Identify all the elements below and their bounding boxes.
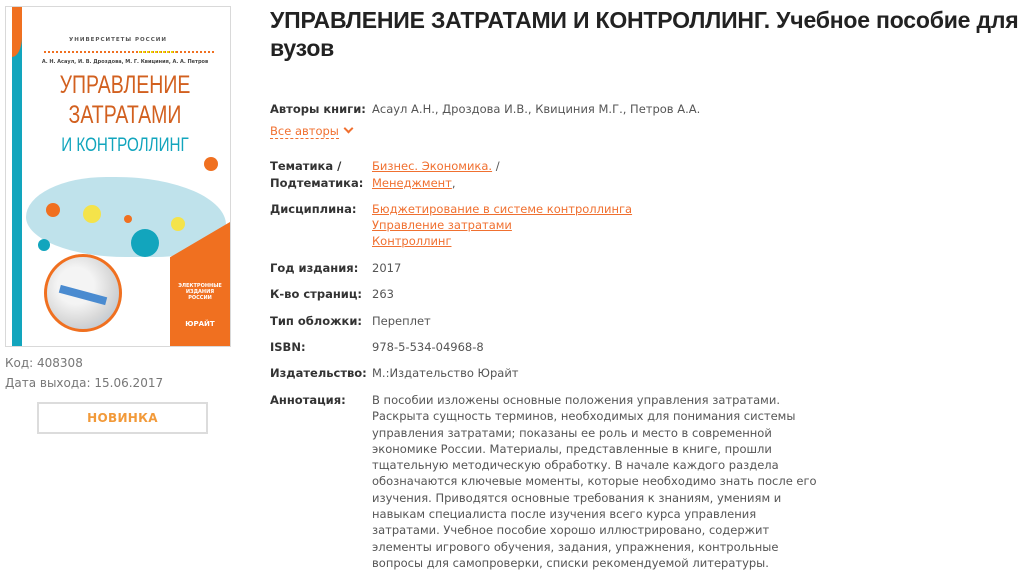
cover-teal-stripe [12, 7, 22, 346]
release-date: Дата выхода: 15.06.2017 [5, 376, 163, 390]
all-authors-link[interactable]: Все авторы [270, 124, 339, 139]
discipline-link[interactable]: Бюджетирование в системе контроллинга [372, 201, 632, 217]
isbn-value: 978-5-534-04968-8 [372, 339, 484, 355]
publisher-logo: ЮРАЙТ [174, 320, 226, 328]
cover-title-line3: И КОНТРОЛЛИНГ [41, 135, 209, 157]
cover-type-label: Тип обложки: [270, 313, 370, 329]
cover-monitor-icon [46, 203, 60, 217]
all-authors-row: Все авторы [270, 123, 352, 139]
cover-orange-dot [204, 157, 218, 171]
cover-yellow-dot [83, 205, 101, 223]
subtopic-label: Подтематика: [270, 175, 370, 191]
cover-title-line2: ЗАТРАТАМИ [43, 103, 207, 128]
all-authors-toggle[interactable]: Все авторы [270, 124, 352, 138]
chevron-down-icon[interactable] [343, 124, 353, 134]
year-value: 2017 [372, 260, 401, 276]
authors-value: Асаул А.Н., Дроздова И.В., Квициния М.Г.… [372, 101, 700, 117]
discipline-link[interactable]: Управление затратами [372, 217, 512, 233]
cover-teal-dot [38, 239, 50, 251]
book-cover-image[interactable]: УНИВЕРСИТЕТЫ РОССИИ А. Н. Асаул, И. В. Д… [5, 6, 231, 347]
authors-label: Авторы книги: [270, 101, 370, 117]
cover-authors: А. Н. Асаул, И. В. Дроздова, М. Г. Квици… [6, 59, 230, 65]
annotation-label: Аннотация: [270, 392, 370, 408]
book-title: УПРАВЛЕНИЕ ЗАТРАТАМИ И КОНТРОЛЛИНГ. Учеб… [270, 6, 1020, 62]
isbn-label: ISBN: [270, 339, 370, 355]
cover-dotted-divider [44, 51, 216, 53]
cover-type-value: Переплет [372, 313, 431, 329]
pages-value: 263 [372, 286, 394, 302]
cover-chart-icon [171, 217, 185, 231]
discipline-link[interactable]: Контроллинг [372, 233, 452, 249]
publisher-label: Издательство: [270, 365, 370, 381]
cover-photo [44, 254, 122, 332]
topic-label: Тематика / [270, 158, 370, 174]
topic-separator: / [492, 159, 500, 173]
new-badge: НОВИНКА [37, 402, 208, 434]
discipline-label: Дисциплина: [270, 201, 370, 217]
cover-title-line1: УПРАВЛЕНИЕ [43, 73, 207, 98]
topic-link[interactable]: Бизнес. Экономика. [372, 159, 492, 173]
cover-series: УНИВЕРСИТЕТЫ РОССИИ [6, 37, 230, 43]
publisher-value: М.:Издательство Юрайт [372, 365, 519, 381]
cover-small-orange-dot [124, 215, 132, 223]
cover-document-icon [131, 229, 159, 257]
subtopic-link[interactable]: Менеджмент [372, 176, 452, 190]
pages-label: К-во страниц: [270, 286, 370, 302]
book-code: Код: 408308 [5, 356, 83, 370]
annotation-text: В пособии изложены основные положения уп… [372, 392, 822, 571]
year-label: Год издания: [270, 260, 370, 276]
cover-panel-text: ЭЛЕКТРОННЫЕ ИЗДАНИЯ РОССИИ [174, 283, 226, 301]
subtopic-suffix: , [452, 176, 456, 190]
